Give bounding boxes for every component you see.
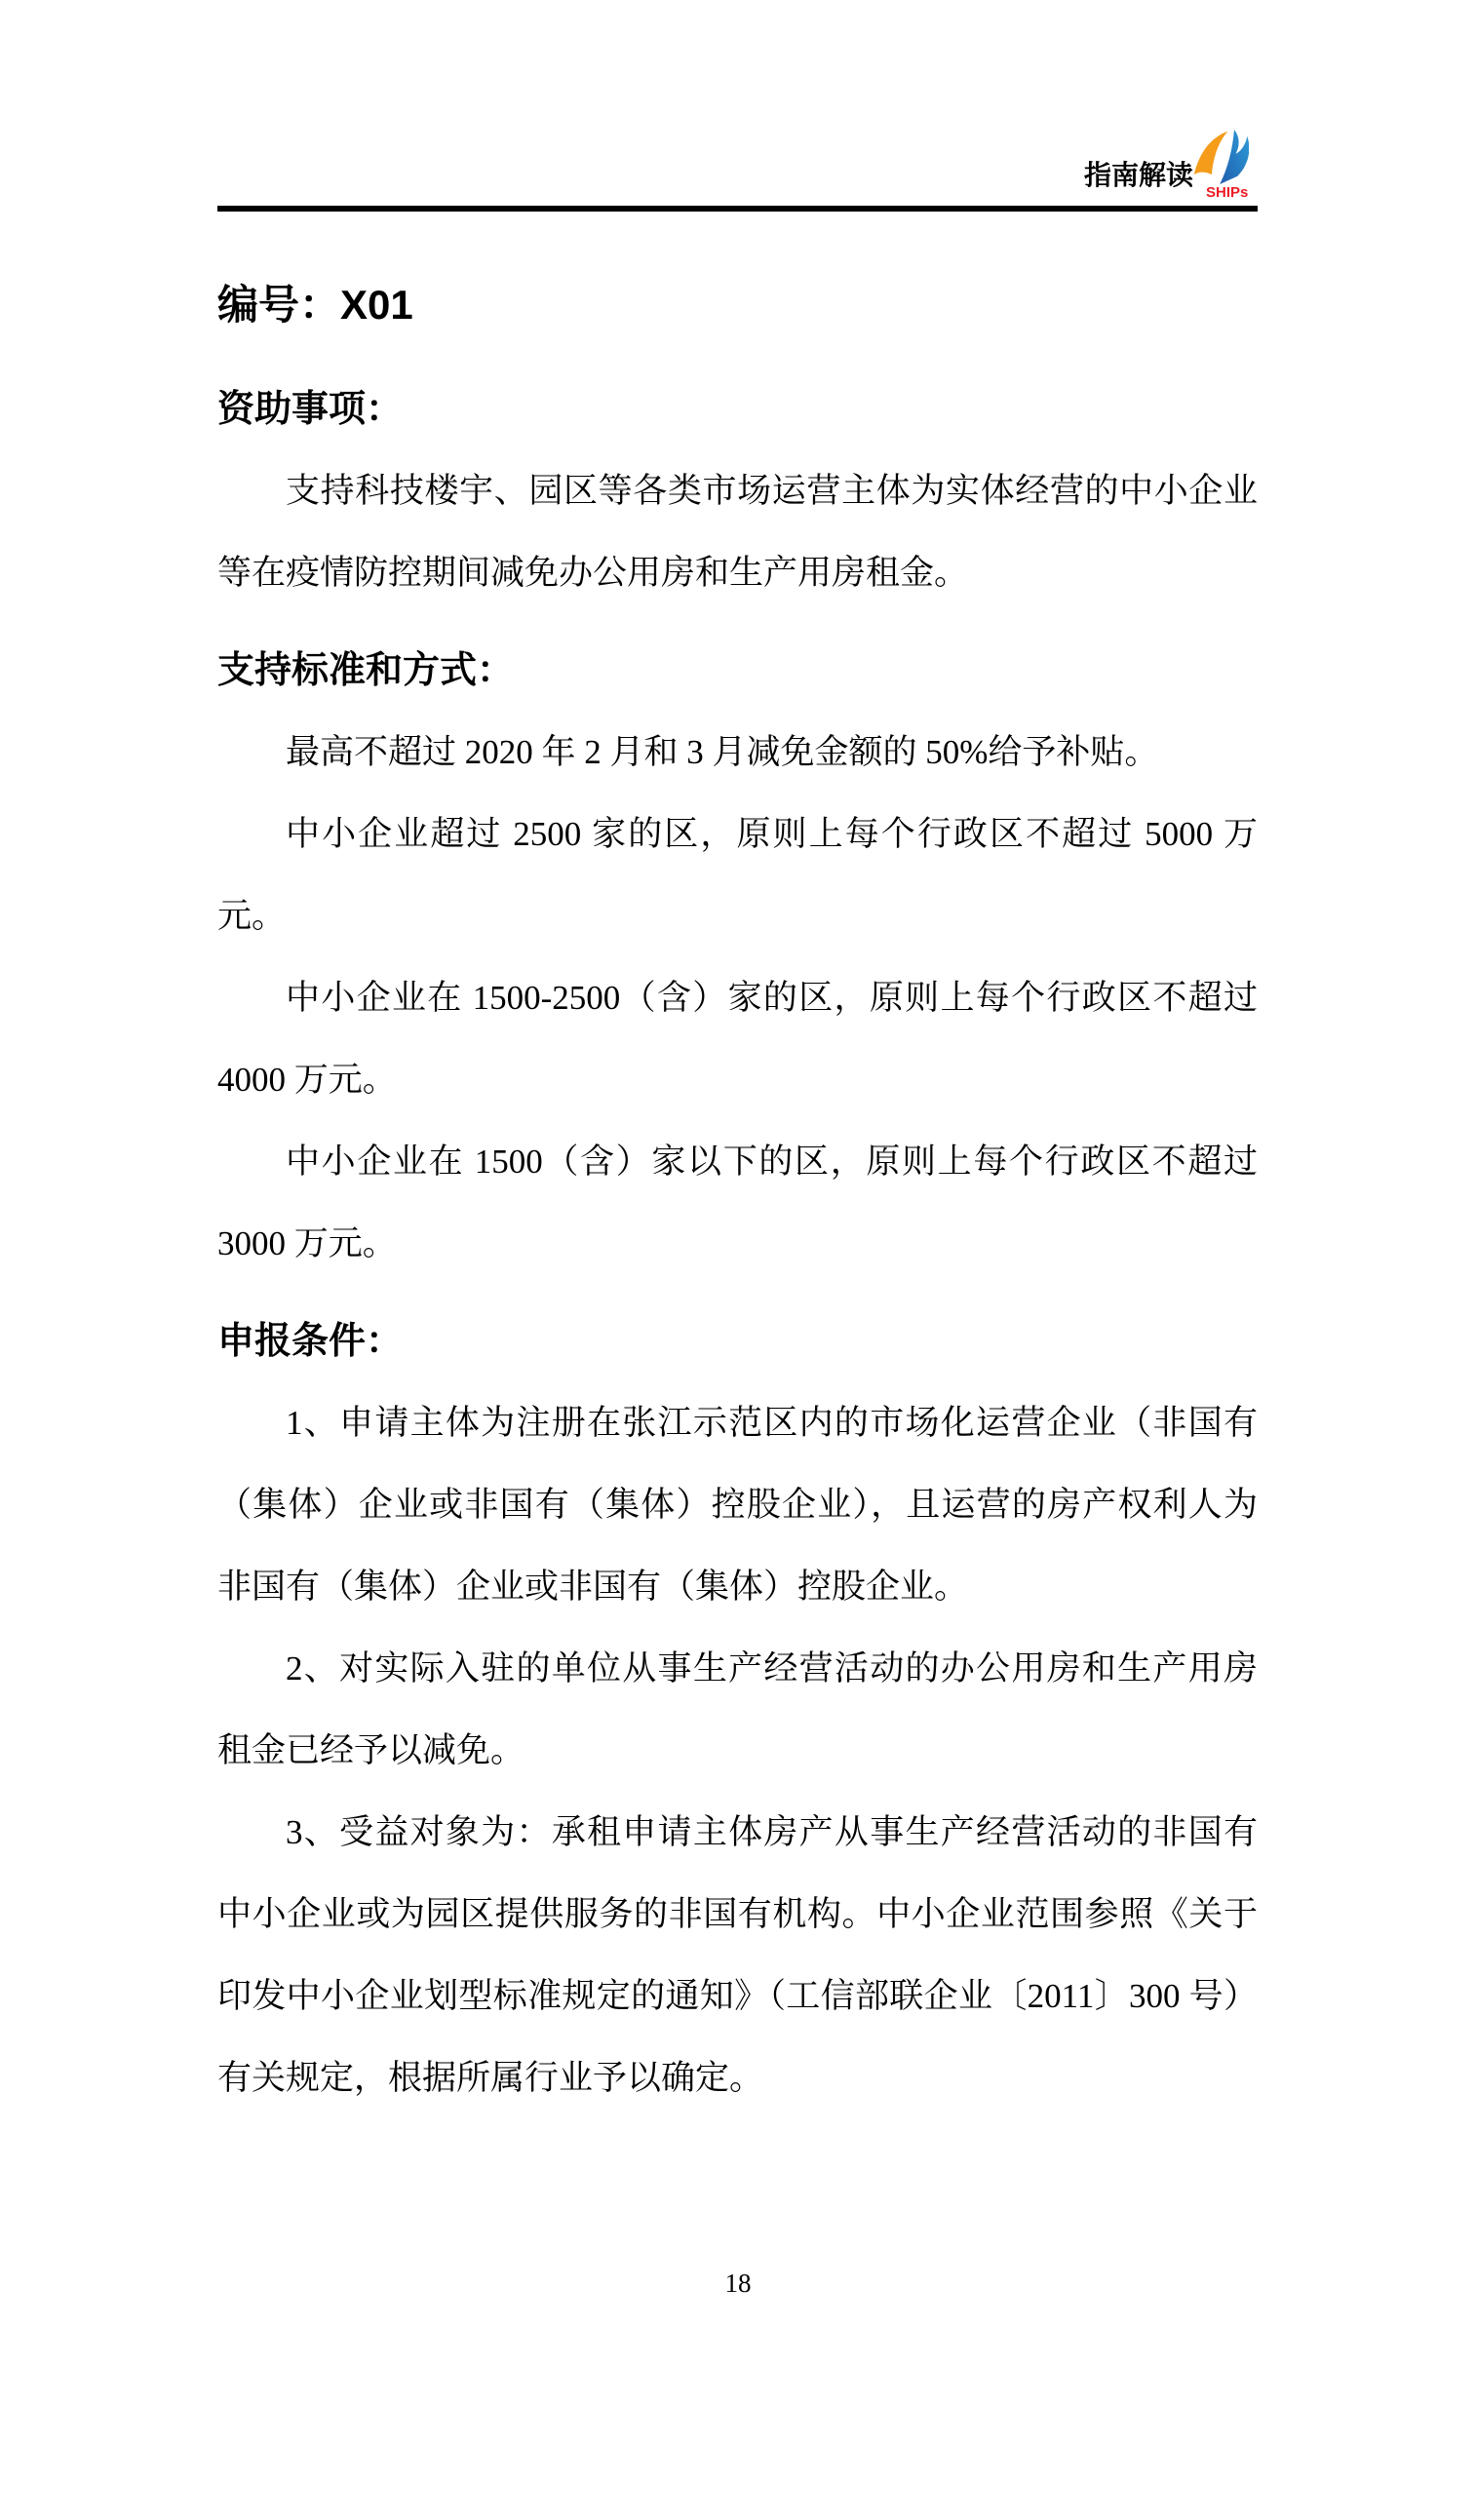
section-heading: 申报条件： xyxy=(217,1300,1258,1382)
logo-blue-swoosh xyxy=(1220,130,1249,184)
paragraph: 支持科技楼宇、园区等各类市场运营主体为实体经营的中小企业等在疫情防控期间减免办公… xyxy=(217,450,1258,614)
section-heading: 支持标准和方式： xyxy=(217,630,1258,712)
document-number-title: 编号：X01 xyxy=(217,263,1258,347)
paragraph: 2、对实际入驻的单位从事生产经营活动的办公用房和生产用房租金已经予以减免。 xyxy=(217,1628,1258,1792)
paragraph: 中小企业在 1500（含）家以下的区，原则上每个行政区不超过 3000 万元。 xyxy=(217,1121,1258,1285)
paragraph: 3、受益对象为：承租申请主体房产从事生产经营活动的非国有中小企业或为园区提供服务… xyxy=(217,1792,1258,2119)
header-brand: 指南解读 SHIPs xyxy=(1084,130,1251,200)
section-heading: 资助事项： xyxy=(217,368,1258,450)
paragraph: 1、申请主体为注册在张江示范区内的市场化运营企业（非国有（集体）企业或非国有（集… xyxy=(217,1382,1258,1628)
ships-logo: SHIPs xyxy=(1190,130,1251,200)
header-brand-text: 指南解读 xyxy=(1084,162,1193,200)
page-number: 18 xyxy=(0,2268,1476,2299)
ships-logo-text: SHIPs xyxy=(1206,185,1248,200)
paragraph: 最高不超过 2020 年 2 月和 3 月减免金额的 50%给予补贴。 xyxy=(217,712,1258,794)
logo-orange-swoosh xyxy=(1194,132,1228,174)
document-content: 编号：X01 资助事项：支持科技楼宇、园区等各类市场运营主体为实体经营的中小企业… xyxy=(217,211,1258,2119)
paragraph: 中小企业超过 2500 家的区，原则上每个行政区不超过 5000 万元。 xyxy=(217,794,1258,957)
swoosh-logo-icon xyxy=(1192,130,1249,184)
document-sections: 资助事项：支持科技楼宇、园区等各类市场运营主体为实体经营的中小企业等在疫情防控期… xyxy=(217,368,1258,2119)
paragraph: 中小企业在 1500-2500（含）家的区，原则上每个行政区不超过 4000 万… xyxy=(217,957,1258,1121)
document-page: 指南解读 SHIPs 编号：X01 资助事项：支持科技楼宇、园区等各类市场运营主… xyxy=(0,0,1476,2520)
